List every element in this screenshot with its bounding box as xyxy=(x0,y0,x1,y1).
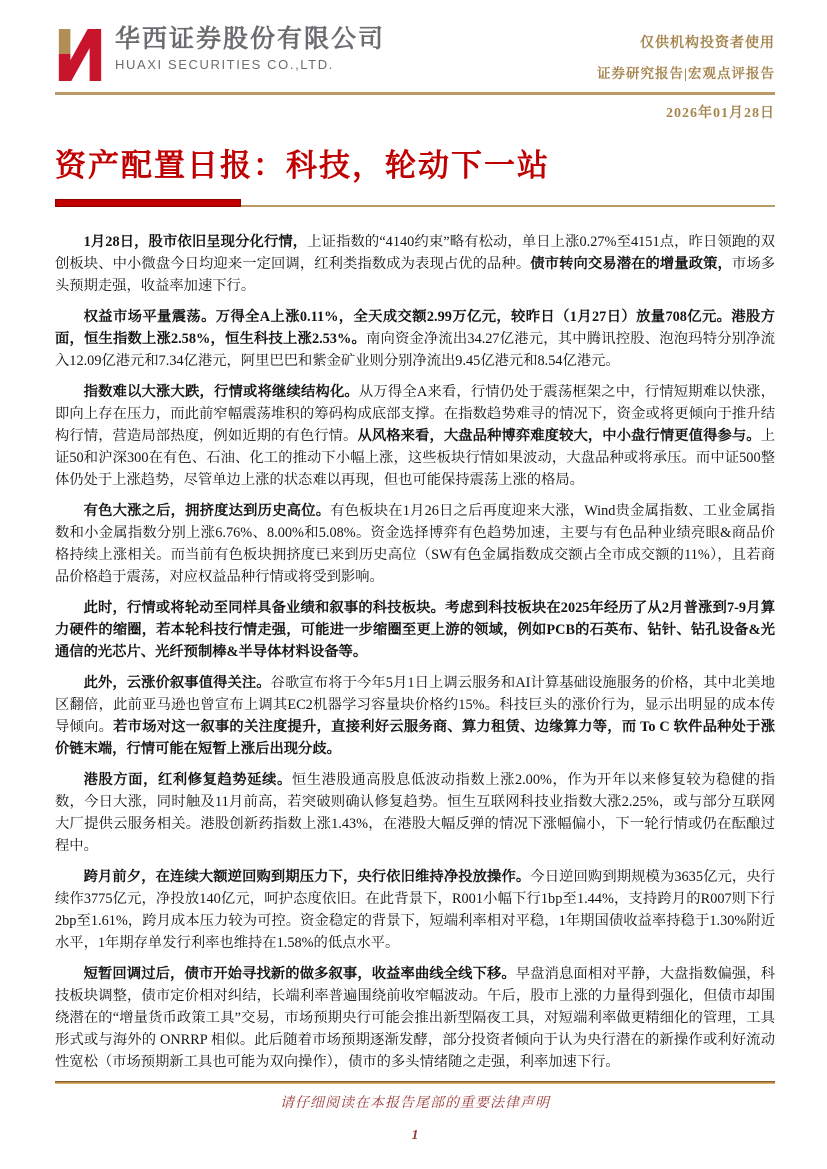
bold-text-run: 1月28日，股市依旧呈现分化行情， xyxy=(84,234,308,250)
audience-note: 仅供机构投资者使用 xyxy=(597,32,775,52)
report-paragraph: 有色大涨之后，拥挤度达到历史高位。有色板块在1月26日之后再度迎来大涨，Wind… xyxy=(55,500,775,588)
company-name-cn: 华西证券股份有限公司 xyxy=(115,26,385,55)
bold-text-run: 此时，行情或将轮动至同样具备业绩和叙事的科技板块。考虑到科技板块在2025年经历… xyxy=(55,600,775,660)
report-paragraph: 港股方面，红利修复趋势延续。恒生港股通高股息低波动指数上涨2.00%，作为开年以… xyxy=(55,769,775,857)
report-footer: 请仔细阅读在本报告尾部的重要法律声明 1 xyxy=(55,1081,775,1169)
title-divider-red-bar xyxy=(55,199,241,207)
bold-text-run: 有色大涨之后，拥挤度达到历史高位。 xyxy=(84,503,331,519)
legal-notice: 请仔细阅读在本报告尾部的重要法律声明 xyxy=(55,1092,775,1112)
header-meta: 仅供机构投资者使用 证券研究报告|宏观点评报告 xyxy=(597,26,775,82)
huaxi-h-logo-icon xyxy=(55,26,105,84)
report-date: 2026年01月28日 xyxy=(55,102,775,122)
bold-text-run: 指数难以大涨大跌，行情或将继续结构化。 xyxy=(84,384,359,400)
report-type: 证券研究报告|宏观点评报告 xyxy=(597,62,775,82)
report-paragraph: 1月28日，股市依旧呈现分化行情，上证指数的“4140约束”略有松动，单日上涨0… xyxy=(55,231,775,297)
bold-text-run: 港股方面，红利修复趋势延续。 xyxy=(84,772,292,788)
report-paragraph: 短暂回调过后，债市开始寻找新的做多叙事，收益率曲线全线下移。早盘消息面相对平静，… xyxy=(55,963,775,1073)
report-page: 华西证券股份有限公司 HUAXI SECURITIES CO.,LTD. 仅供机… xyxy=(0,0,827,1169)
bold-text-run: 跨月前夕，在连续大额逆回购到期压力下，央行依旧维持净投放操作。 xyxy=(84,869,531,885)
report-header: 华西证券股份有限公司 HUAXI SECURITIES CO.,LTD. 仅供机… xyxy=(55,26,775,84)
header-divider xyxy=(55,92,775,95)
company-name-en: HUAXI SECURITIES CO.,LTD. xyxy=(115,57,385,72)
bold-text-run: 从风格来看，大盘品种博弈难度较大，中小盘行情更值得参与。 xyxy=(357,428,760,444)
report-paragraph: 此外，云涨价叙事值得关注。谷歌宣布将于今年5月1日上调云服务和AI计算基础设施服… xyxy=(55,672,775,760)
page-title: 资产配置日报：科技，轮动下一站 xyxy=(55,140,775,185)
page-number: 1 xyxy=(55,1128,775,1144)
bold-text-run: 此外，云涨价叙事值得关注。 xyxy=(84,675,271,691)
report-paragraph: 跨月前夕，在连续大额逆回购到期压力下，央行依旧维持净投放操作。今日逆回购到期规模… xyxy=(55,866,775,954)
bold-text-run: 短暂回调过后，债市开始寻找新的做多叙事，收益率曲线全线下移。 xyxy=(84,966,516,982)
report-paragraph: 权益市场平量震荡。万得全A上涨0.11%，全天成交额2.99万亿元，较昨日（1月… xyxy=(55,306,775,372)
bold-text-run: 若市场对这一叙事的关注度提升，直接利好云服务商、算力租赁、边缘算力等，而 To … xyxy=(55,719,775,757)
report-body: 1月28日，股市依旧呈现分化行情，上证指数的“4140约束”略有松动，单日上涨0… xyxy=(55,231,775,1126)
company-logo: 华西证券股份有限公司 HUAXI SECURITIES CO.,LTD. xyxy=(55,26,385,84)
title-divider xyxy=(55,199,775,207)
report-paragraph: 指数难以大涨大跌，行情或将继续结构化。从万得全A来看，行情仍处于震荡框架之中，行… xyxy=(55,381,775,491)
title-divider-gold-line xyxy=(241,205,775,207)
bold-text-run: 债市转向交易潜在的增量政策， xyxy=(530,256,732,272)
footer-divider xyxy=(55,1081,775,1084)
report-paragraph: 此时，行情或将轮动至同样具备业绩和叙事的科技板块。考虑到科技板块在2025年经历… xyxy=(55,597,775,663)
